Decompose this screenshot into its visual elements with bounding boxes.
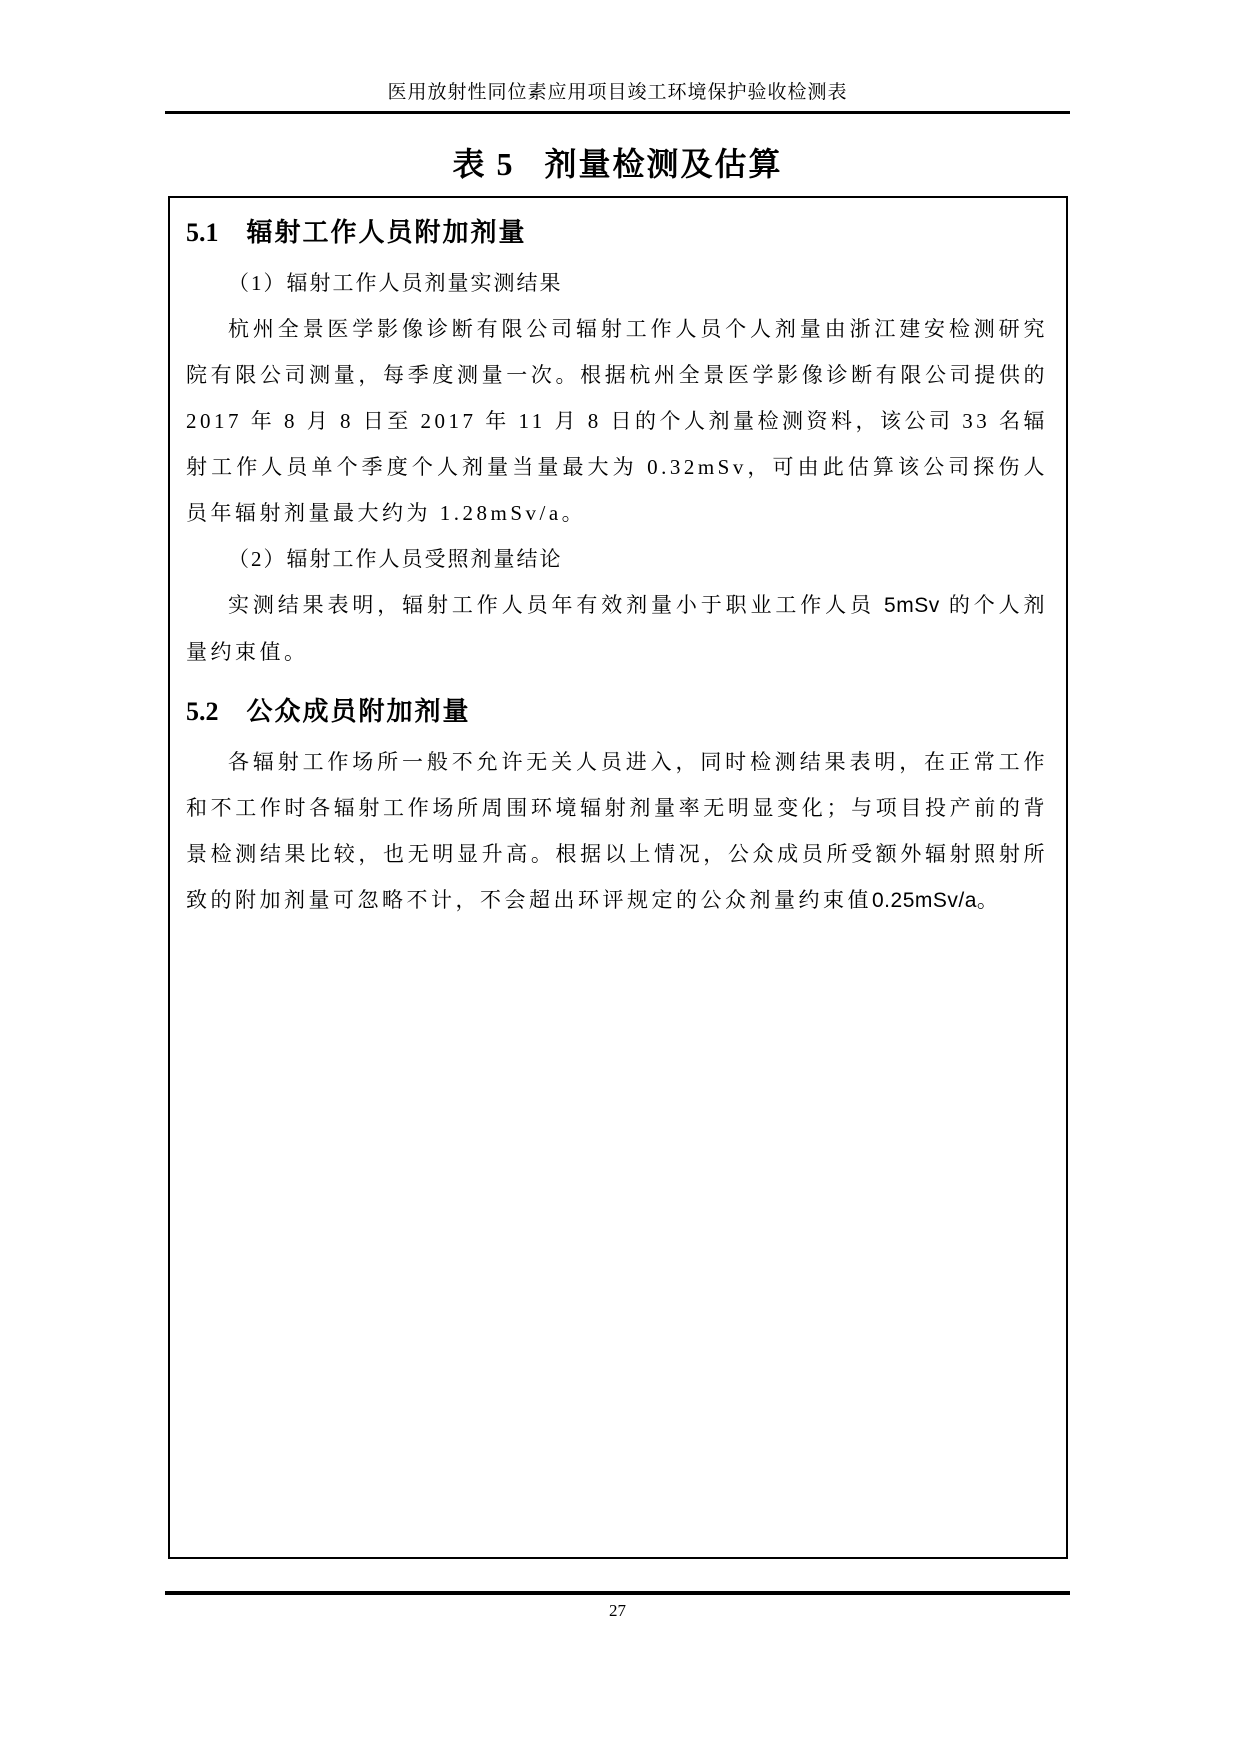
conclusion-text-pre: 实测结果表明，辐射工作人员年有效剂量小于职业工作人员 [228,593,884,617]
section-5-1-heading: 5.1辐射工作人员附加剂量 [186,212,1048,254]
section-5-2-heading: 5.2公众成员附加剂量 [186,691,1048,733]
public-dose-constraint-value: 0.25mSv/a [872,889,977,912]
document-title-label: 表 5 [452,146,514,182]
public-dose-text-pre: 各辐射工作场所一般不允许无关人员进入，同时检测结果表明，在正常工作和不工作时各辐… [186,750,1048,912]
public-dose-text-post: 。 [977,888,1002,912]
document-title: 表 5剂量检测及估算 [165,142,1070,186]
content-box: 5.1辐射工作人员附加剂量 （1）辐射工作人员剂量实测结果 杭州全景医学影像诊断… [168,196,1068,1559]
item-1-label: （1）辐射工作人员剂量实测结果 [186,260,1048,306]
document-title-text: 剂量检测及估算 [545,146,783,182]
footer-rule [165,1591,1070,1595]
running-header-title: 医用放射性同位素应用项目竣工环境保护验收检测表 [165,0,1070,106]
conclusion-paragraph: 实测结果表明，辐射工作人员年有效剂量小于职业工作人员 5mSv 的个人剂量约束值… [186,582,1048,675]
occupational-dose-constraint-value: 5mSv [884,594,940,617]
public-dose-paragraph: 各辐射工作场所一般不允许无关人员进入，同时检测结果表明，在正常工作和不工作时各辐… [186,739,1048,924]
measurement-paragraph: 杭州全景医学影像诊断有限公司辐射工作人员个人剂量由浙江建安检测研究院有限公司测量… [186,306,1048,536]
section-5-2-title: 公众成员附加剂量 [247,697,471,726]
section-5-2-number: 5.2 [186,697,219,726]
item-2-label: （2）辐射工作人员受照剂量结论 [186,536,1048,582]
page-number: 27 [165,1600,1070,1622]
section-5-1-number: 5.1 [186,218,219,247]
header-rule [165,111,1070,114]
section-5-1-title: 辐射工作人员附加剂量 [247,218,527,247]
document-page: 医用放射性同位素应用项目竣工环境保护验收检测表 表 5剂量检测及估算 5.1辐射… [0,0,1240,1754]
